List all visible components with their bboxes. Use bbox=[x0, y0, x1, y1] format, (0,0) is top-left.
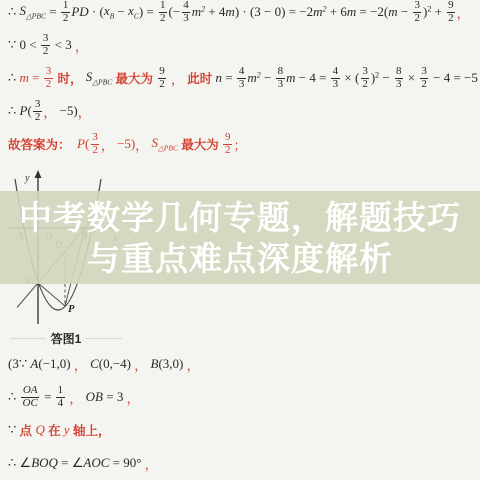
math-segment: + 6 bbox=[327, 4, 347, 20]
math-segment: 83 bbox=[395, 66, 404, 91]
math-segment: ， bbox=[69, 388, 82, 407]
figure-caption: 答图1 bbox=[51, 330, 82, 347]
y-axis-arrow-icon bbox=[35, 170, 42, 178]
math-segment: = bbox=[46, 4, 60, 20]
math-segment: )2 bbox=[371, 70, 379, 86]
math-segment: − bbox=[379, 70, 393, 86]
math-segment: ， bbox=[127, 388, 140, 407]
math-segment: ； bbox=[233, 135, 246, 154]
math-segment: 12 bbox=[61, 0, 70, 24]
math-segment: 32 bbox=[413, 0, 422, 24]
title-line-1: 中考数学几何专题，解题技巧 bbox=[0, 197, 480, 238]
math-segment: BOQ bbox=[31, 455, 58, 471]
math-segment: ∴ bbox=[8, 70, 20, 86]
segment-cp bbox=[38, 283, 65, 306]
math-segment: 最大为 bbox=[115, 69, 153, 87]
math-segment: − 4 = −5 bbox=[430, 70, 480, 86]
math-segment: m2 bbox=[192, 4, 205, 20]
math-segment: xC bbox=[128, 3, 139, 21]
math-segment: (− bbox=[169, 4, 181, 20]
math-segment: = 3 bbox=[103, 389, 127, 405]
math-segment: 32 bbox=[361, 66, 370, 91]
math-line: 故答案为： P(32， −5)， S△PBC 最大为 92； bbox=[8, 129, 480, 159]
math-segment: Q bbox=[36, 422, 45, 438]
math-segment: · ( bbox=[89, 4, 104, 20]
math-segment: ， bbox=[187, 355, 200, 374]
math-segment: × bbox=[405, 70, 419, 86]
math-line: ∴ OAOC = 14 ， OB = 3 ， bbox=[8, 382, 200, 412]
math-segment: B bbox=[151, 356, 159, 372]
math-line: ∵ 0 < 32 < 3 ， bbox=[8, 30, 480, 60]
math-segment: m2 bbox=[247, 70, 260, 86]
math-segment: m bbox=[388, 4, 397, 20]
math-segment: OB bbox=[86, 389, 103, 405]
math-segment: 32 bbox=[33, 99, 42, 124]
math-segment: ) = bbox=[139, 4, 157, 20]
math-segment: 轴上， bbox=[73, 421, 111, 439]
math-segment bbox=[219, 136, 222, 152]
math-segment: P bbox=[77, 136, 85, 152]
math-segment: = bbox=[222, 70, 236, 86]
math-segment: 43 bbox=[182, 0, 191, 24]
math-segment: 32 bbox=[41, 33, 50, 58]
math-segment: 32 bbox=[44, 66, 53, 91]
math-segment: − bbox=[114, 4, 128, 20]
math-segment: S△PBC bbox=[20, 3, 46, 21]
math-segment: = bbox=[29, 70, 43, 86]
math-segment: P bbox=[20, 103, 28, 119]
math-segment: C bbox=[90, 356, 99, 372]
math-segment: 在 bbox=[48, 421, 61, 439]
math-segment: PD bbox=[71, 4, 88, 20]
math-segment: 32 bbox=[91, 132, 100, 157]
math-segment: ， bbox=[135, 135, 151, 154]
math-segment: 点 bbox=[20, 421, 36, 439]
math-segment: S△PBC bbox=[152, 135, 178, 153]
math-segment: 83 bbox=[276, 66, 285, 91]
math-segment: = −2( bbox=[356, 4, 388, 20]
math-segment: (3∵ bbox=[8, 356, 30, 372]
math-segment: + bbox=[431, 4, 445, 20]
caption-rule-left bbox=[10, 338, 46, 339]
math-segment: ( bbox=[27, 103, 31, 119]
math-line: ∴ P(32， −5)， bbox=[8, 96, 480, 126]
point-p-label: P bbox=[68, 304, 75, 315]
math-segment: ， bbox=[75, 36, 88, 55]
math-segment: 最大为 bbox=[181, 135, 219, 153]
math-segment: m bbox=[20, 70, 29, 86]
title-banner: 中考数学几何专题，解题技巧 与重点难点深度解析 bbox=[0, 191, 480, 284]
math-segment: ∴ bbox=[8, 389, 20, 405]
math-segment: ， bbox=[457, 3, 470, 22]
math-segment: ， bbox=[134, 355, 147, 374]
math-segment: = bbox=[41, 389, 55, 405]
math-line: ∴ m = 32 时， S△PBC 最大为 92 ， 此时 n = 43m2 −… bbox=[8, 63, 480, 93]
math-segment: − 4 = bbox=[295, 70, 329, 86]
math-segment: ) · (3 − 0) = −2 bbox=[235, 4, 313, 20]
math-segment: 43 bbox=[237, 66, 246, 91]
title-line-2: 与重点难点深度解析 bbox=[0, 238, 480, 279]
math-segment: ∴ ∠ bbox=[8, 455, 31, 471]
math-segment: 92 bbox=[447, 0, 456, 24]
solution-lines-top: ∴ S△PBC = 12PD · (xB − xC) = 12(−43m2 + … bbox=[8, 0, 480, 162]
math-segment: OAOC bbox=[21, 385, 39, 410]
y-axis-label: y bbox=[24, 173, 30, 184]
math-segment: ∵ 0 < bbox=[8, 37, 40, 53]
math-segment: < 3 bbox=[51, 37, 75, 53]
math-segment: A bbox=[30, 356, 38, 372]
math-segment: ， bbox=[74, 355, 87, 374]
math-line: ∴ ∠BOQ = ∠AOC = 90° ， bbox=[8, 448, 200, 478]
math-segment: ∵ bbox=[8, 422, 20, 438]
math-segment: ， bbox=[43, 102, 56, 121]
math-segment: ， bbox=[101, 135, 114, 154]
caption-rule-right bbox=[86, 338, 122, 339]
math-segment: −5) bbox=[114, 136, 135, 152]
math-segment: × ( bbox=[341, 70, 359, 86]
math-segment: xB bbox=[104, 3, 114, 21]
math-segment: m bbox=[225, 4, 234, 20]
math-segment: ∴ bbox=[8, 103, 20, 119]
math-segment: 92 bbox=[158, 66, 167, 91]
math-segment: 12 bbox=[159, 0, 168, 24]
math-segment: 此时 bbox=[187, 69, 212, 87]
math-segment: m bbox=[347, 4, 356, 20]
solution-lines-bottom: (3∵ A(−1,0) ， C(0,−4) ， B(3,0) ，∴ OAOC =… bbox=[8, 349, 200, 480]
math-segment: 时， bbox=[58, 69, 83, 87]
math-segment: = 90° bbox=[109, 455, 144, 471]
math-segment: (0,−4) bbox=[99, 356, 131, 372]
math-segment: ， bbox=[171, 69, 184, 88]
math-segment: S△PBC bbox=[86, 69, 112, 87]
math-segment: (3,0) bbox=[158, 356, 183, 372]
math-line: ∵ 点 Q 在 y 轴上， bbox=[8, 415, 200, 445]
math-line: ∴ S△PBC = 12PD · (xB − xC) = 12(−43m2 + … bbox=[8, 0, 480, 27]
math-segment: ( bbox=[85, 136, 89, 152]
math-segment: − bbox=[261, 70, 275, 86]
page: { "colors": { "red_text": "#d43b2a", "in… bbox=[0, 0, 480, 480]
math-segment: 32 bbox=[420, 66, 429, 91]
math-segment: 43 bbox=[331, 66, 340, 91]
math-segment: 92 bbox=[223, 132, 232, 157]
math-segment: ， bbox=[145, 454, 158, 473]
math-segment: ∴ bbox=[8, 4, 20, 20]
figure-caption-row: 答图1 bbox=[10, 330, 122, 347]
math-segment: 故答案为： bbox=[8, 135, 71, 153]
math-segment: (−1,0) bbox=[38, 356, 70, 372]
math-segment: − bbox=[398, 4, 412, 20]
math-segment: )2 bbox=[423, 4, 431, 20]
math-segment: 14 bbox=[56, 385, 65, 410]
math-segment: m2 bbox=[313, 4, 326, 20]
math-segment: = ∠ bbox=[58, 455, 84, 471]
math-segment bbox=[153, 70, 156, 86]
math-segment: AOC bbox=[83, 455, 109, 471]
math-segment: ， bbox=[78, 102, 91, 121]
math-segment: −5) bbox=[56, 103, 77, 119]
math-line: (3∵ A(−1,0) ， C(0,−4) ， B(3,0) ， bbox=[8, 349, 200, 379]
math-segment: + 4 bbox=[205, 4, 225, 20]
math-segment: m bbox=[286, 70, 295, 86]
